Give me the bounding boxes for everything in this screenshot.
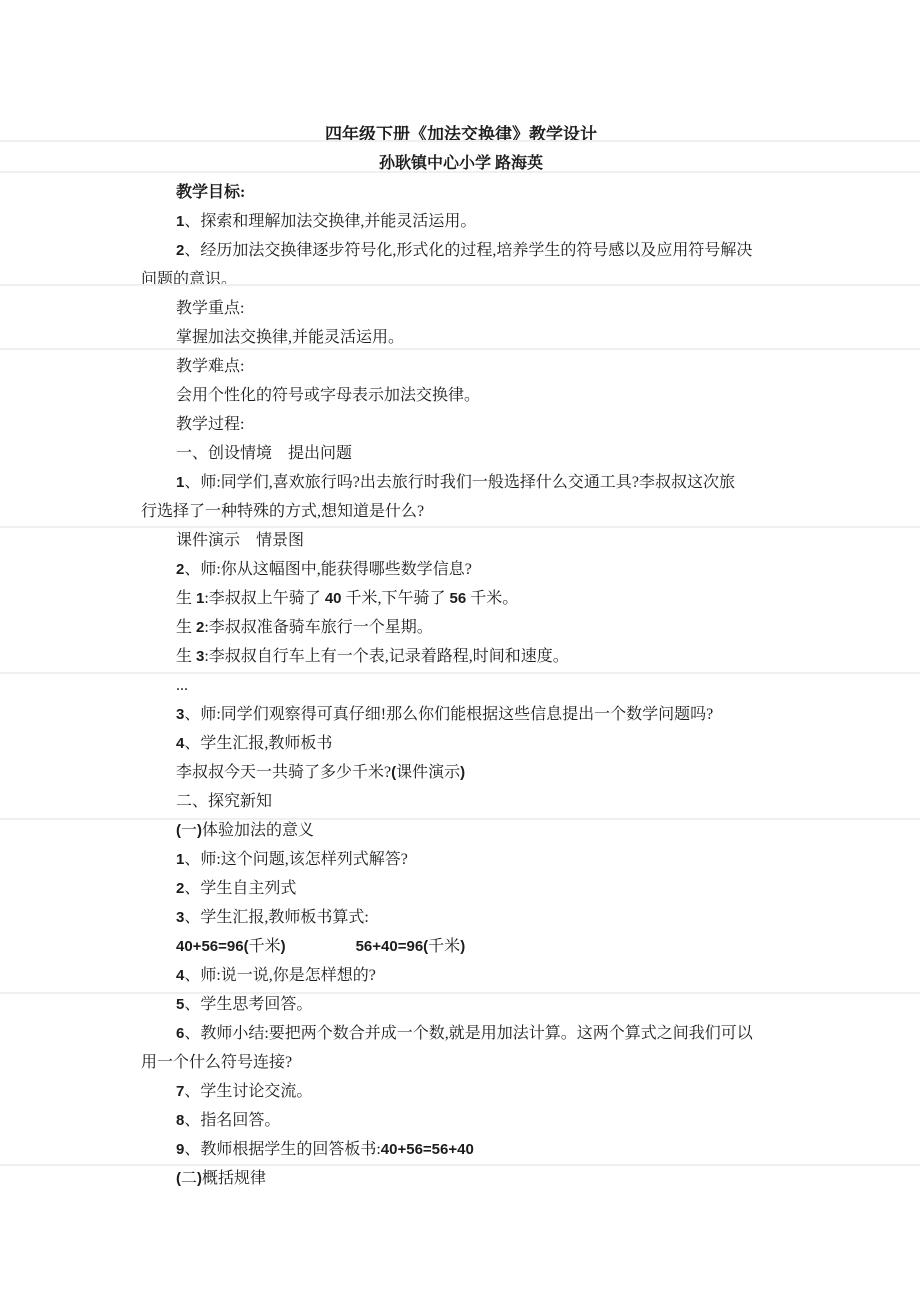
formula-part: 56+40=96(千米) (356, 938, 466, 955)
document-line: 生 2:李叔叔准备骑车旅行一个星期。 (141, 613, 781, 642)
doc-formula-line: 40+56=96(千米)56+40=96(千米) (141, 932, 781, 961)
document-line: 生 3:李叔叔自行车上有一个表,记录着路程,时间和速度。 (141, 642, 781, 671)
document-line: 行选择了一种特殊的方式,想知道是什么? (141, 497, 781, 526)
scan-artifact-line (0, 1164, 920, 1166)
document-line: 8、指名回答。 (141, 1106, 781, 1135)
document-line: 会用个性化的符号或字母表示加法交换律。 (141, 381, 781, 410)
document-line: 5、学生思考回答。 (141, 990, 781, 1019)
document-line: 问题的意识。 (141, 265, 781, 294)
document-line: 一、创设情境 提出问题 (141, 439, 781, 468)
document-line: 7、学生讨论交流。 (141, 1077, 781, 1106)
document-line: 课件演示 情景图 (141, 526, 781, 555)
scan-artifact-line (0, 818, 920, 820)
document-line: 李叔叔今天一共骑了多少千米?(课件演示) (141, 758, 781, 787)
document-line: 二、探究新知 (141, 787, 781, 816)
scan-artifact-line (0, 140, 920, 142)
document-page: 四年级下册《加法交换律》教学设计孙耿镇中心小学 路海英教学目标:1、探索和理解加… (0, 0, 920, 1302)
document-line: ... (141, 671, 781, 700)
document-line: 9、教师根据学生的回答板书:40+56=56+40 (141, 1135, 781, 1164)
document-content: 四年级下册《加法交换律》教学设计孙耿镇中心小学 路海英教学目标:1、探索和理解加… (141, 120, 781, 1193)
document-line: 教学过程: (141, 410, 781, 439)
document-title: 四年级下册《加法交换律》教学设计 (141, 120, 781, 149)
scan-artifact-line (0, 284, 920, 286)
scan-artifact-line (0, 672, 920, 674)
scan-artifact-line (0, 171, 920, 173)
document-line: 4、学生汇报,教师板书 (141, 729, 781, 758)
scan-artifact-line (0, 348, 920, 350)
document-line: 2、师:你从这幅图中,能获得哪些数学信息? (141, 555, 781, 584)
document-line: (二)概括规律 (141, 1164, 781, 1193)
document-line: (一)体验加法的意义 (141, 816, 781, 845)
formula-part: 40+56=96(千米) (176, 938, 286, 955)
document-line: 用一个什么符号连接? (141, 1048, 781, 1077)
document-line: 4、师:说一说,你是怎样想的? (141, 961, 781, 990)
document-author: 孙耿镇中心小学 路海英 (141, 149, 781, 178)
document-line: 1、师:同学们,喜欢旅行吗?出去旅行时我们一般选择什么交通工具?李叔叔这次旅 (141, 468, 781, 497)
document-heading: 教学目标: (141, 178, 781, 207)
document-line: 6、教师小结:要把两个数合并成一个数,就是用加法计算。这两个算式之间我们可以 (141, 1019, 781, 1048)
document-line: 2、经历加法交换律逐步符号化,形式化的过程,培养学生的符号感以及应用符号解决 (141, 236, 781, 265)
scan-artifact-line (0, 526, 920, 528)
document-line: 教学重点: (141, 294, 781, 323)
document-line: 生 1:李叔叔上午骑了 40 千米,下午骑了 56 千米。 (141, 584, 781, 613)
document-line: 2、学生自主列式 (141, 874, 781, 903)
document-line: 1、探索和理解加法交换律,并能灵活运用。 (141, 207, 781, 236)
document-line: 3、学生汇报,教师板书算式: (141, 903, 781, 932)
document-line: 教学难点: (141, 352, 781, 381)
document-line: 1、师:这个问题,该怎样列式解答? (141, 845, 781, 874)
scan-artifact-line (0, 992, 920, 994)
document-line: 3、师:同学们观察得可真仔细!那么你们能根据这些信息提出一个数学问题吗? (141, 700, 781, 729)
